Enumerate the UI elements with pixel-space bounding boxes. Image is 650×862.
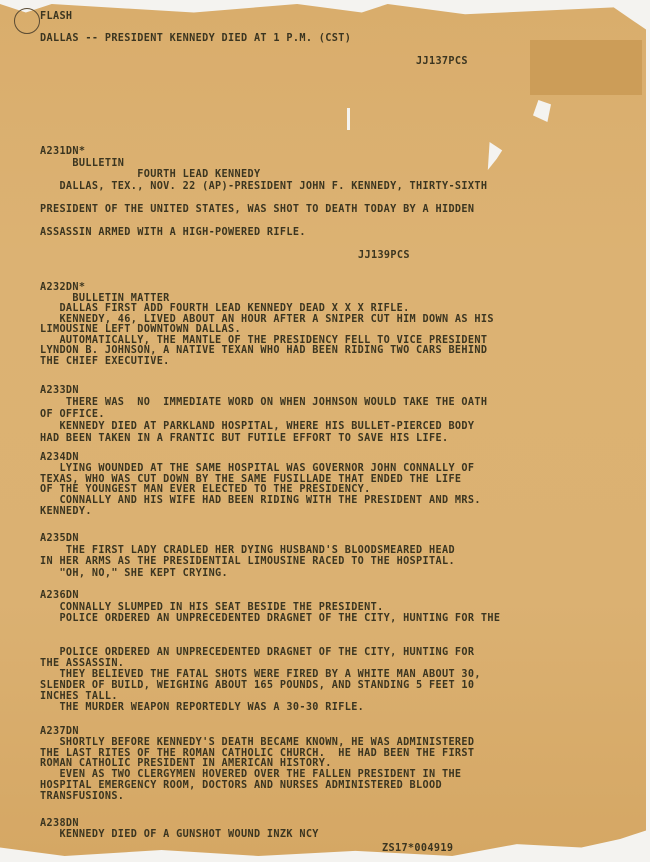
flash-label: FLASH (40, 11, 72, 22)
item-a238dn-code: ZS17*004919 (382, 843, 453, 854)
tape-patch (530, 40, 642, 95)
item-a231dn: A231DN* BULLETIN FOURTH LEAD KENNEDY DAL… (40, 146, 487, 238)
item-continuation: POLICE ORDERED AN UNPRECEDENTED DRAGNET … (40, 647, 481, 713)
item-a237dn: A237DN SHORTLY BEFORE KENNEDY'S DEATH BE… (40, 727, 474, 803)
flash-code: JJ137PCS (416, 56, 468, 67)
flash-headline: DALLAS -- PRESIDENT KENNEDY DIED AT 1 P.… (40, 33, 351, 44)
item-a236dn: A236DN CONNALLY SLUMPED IN HIS SEAT BESI… (40, 590, 500, 625)
item-a234dn: A234DN LYING WOUNDED AT THE SAME HOSPITA… (40, 453, 481, 518)
item-a231dn-code: JJ139PCS (358, 250, 410, 261)
item-a235dn: A235DN THE FIRST LADY CRADLED HER DYING … (40, 533, 455, 579)
item-a238dn: A238DN KENNEDY DIED OF A GUNSHOT WOUND I… (40, 818, 319, 840)
item-a233dn: A233DN THERE WAS NO IMMEDIATE WORD ON WH… (40, 385, 487, 445)
circle-mark (14, 8, 40, 34)
item-a232dn: A232DN* BULLETIN MATTER DALLAS FIRST ADD… (40, 283, 494, 367)
paper-tear-hole (347, 108, 350, 130)
